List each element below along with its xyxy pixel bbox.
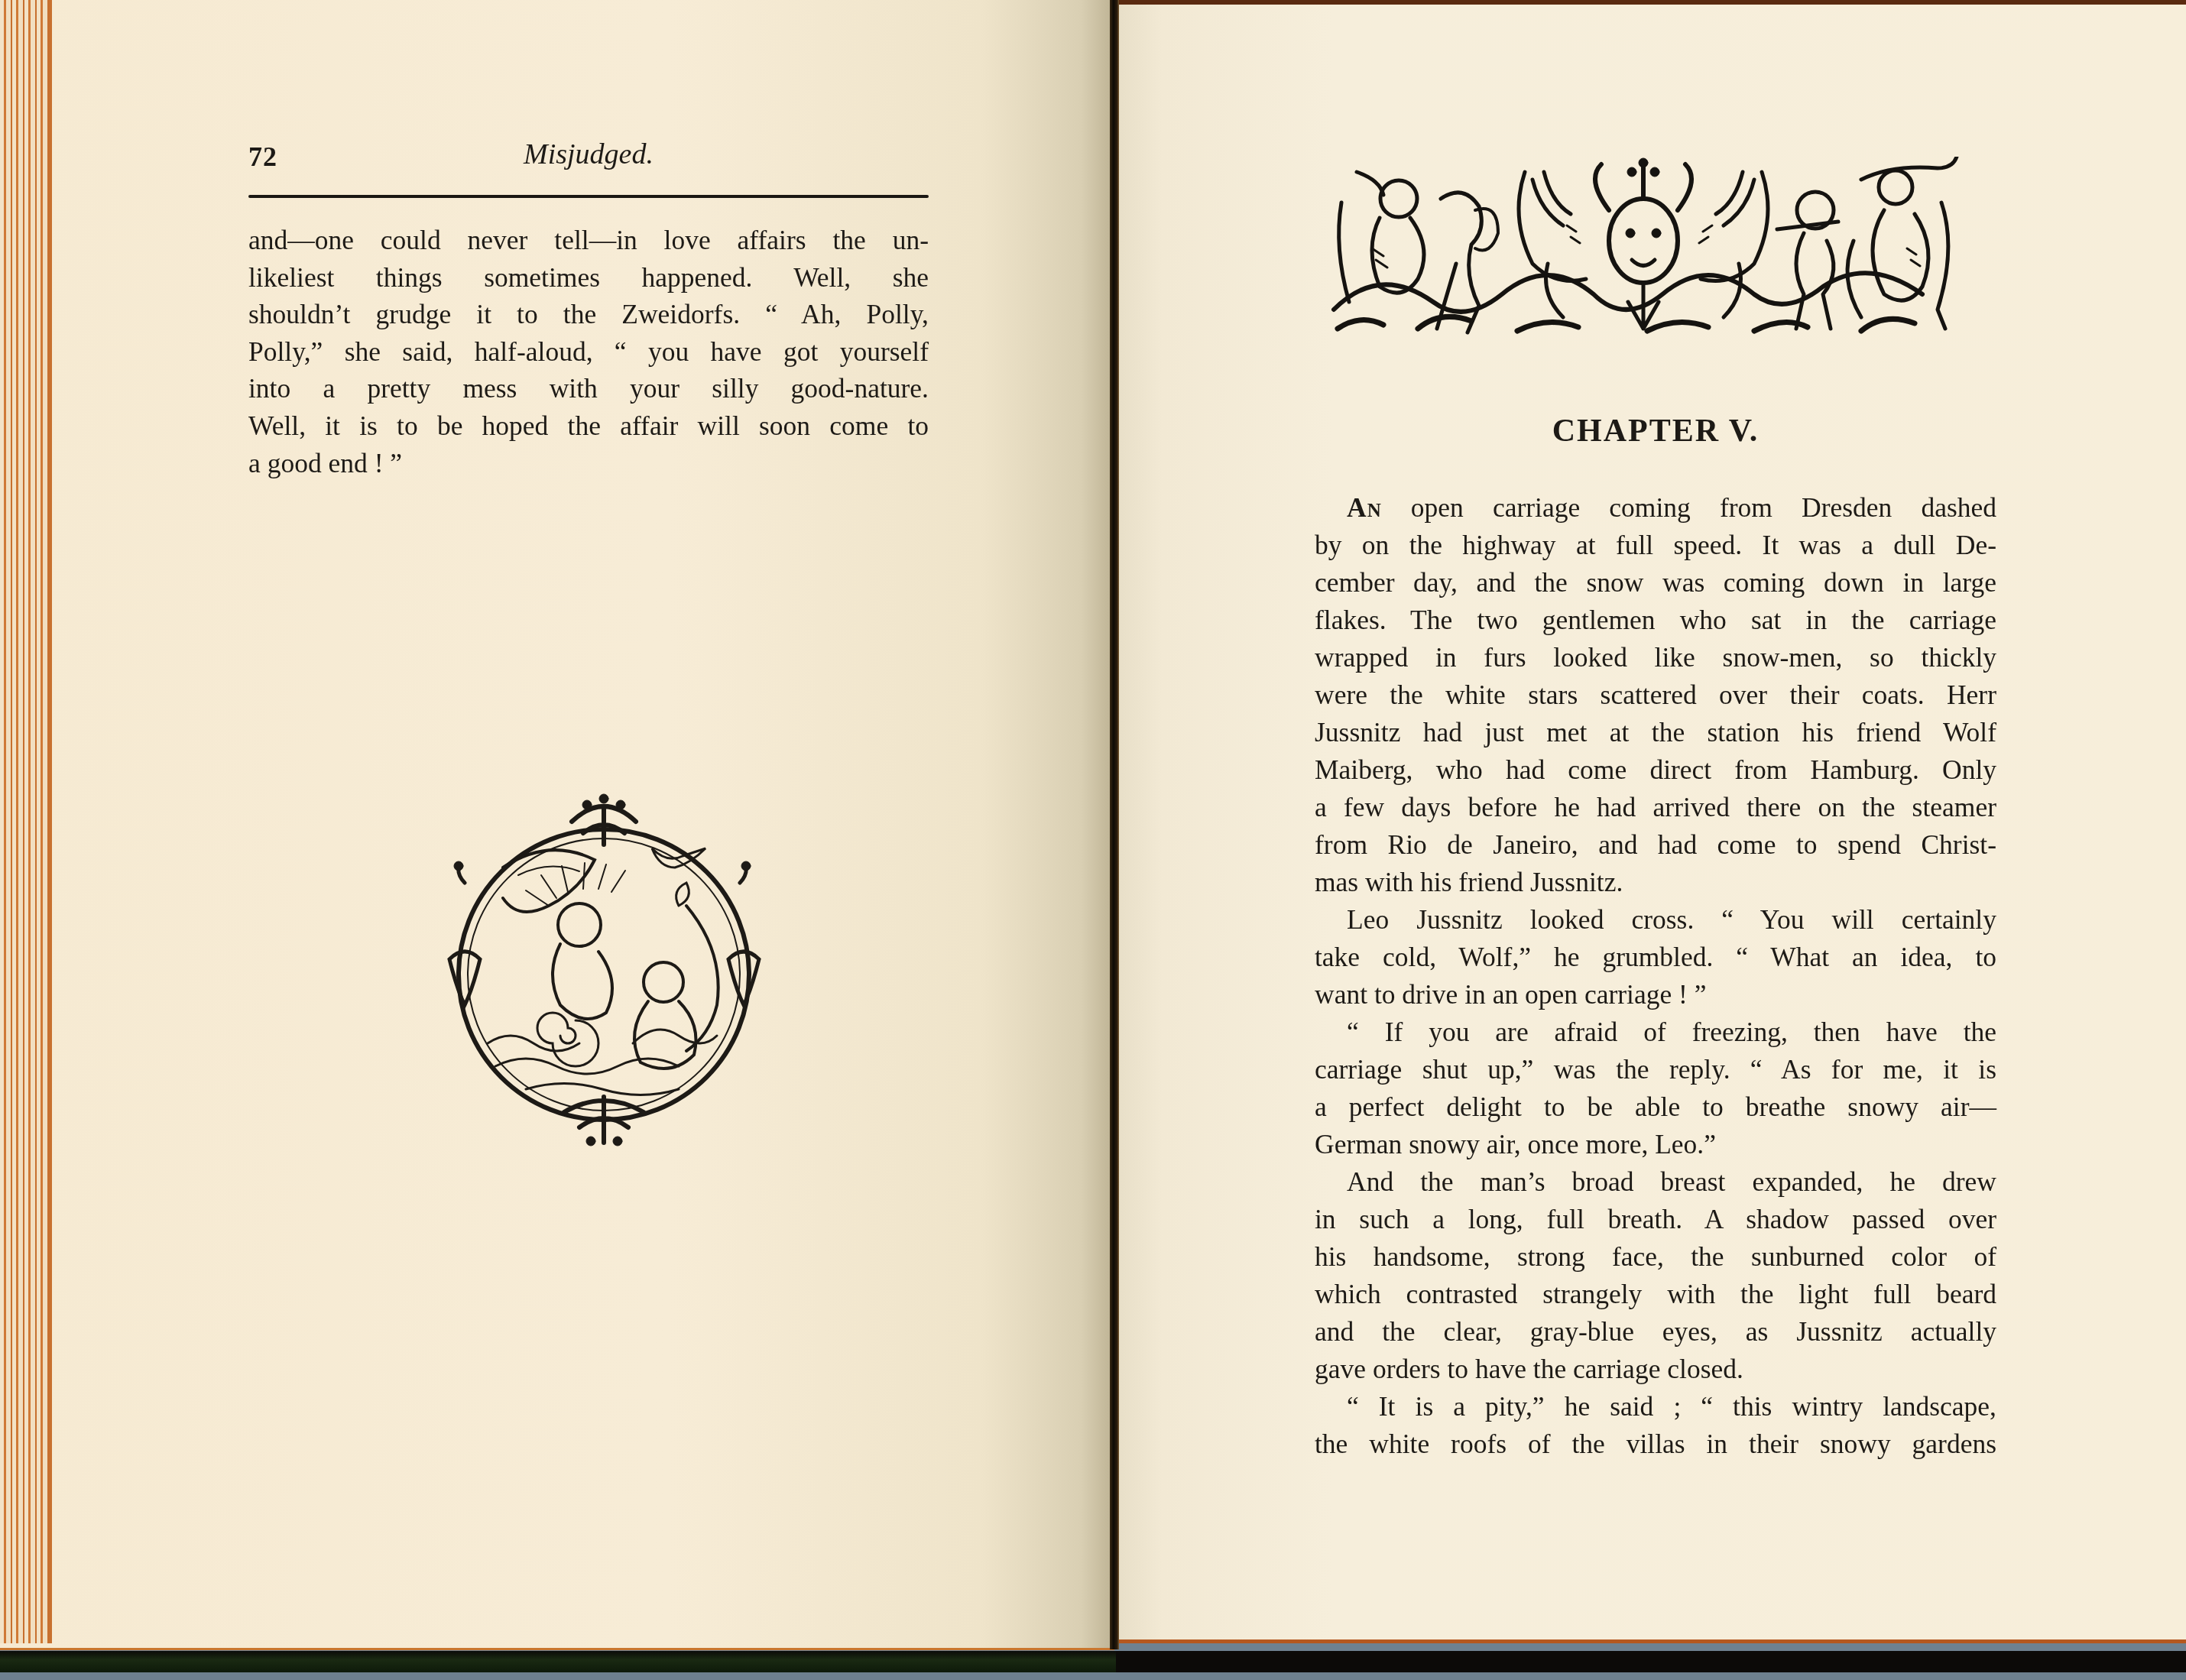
left-page: 72 Misjudged. and—one could never tell—i…	[0, 0, 1114, 1650]
text-line: flakes. The two gentlemen who sat in the…	[1315, 602, 1996, 639]
text-line: in such a long, full breath. A shadow pa…	[1315, 1201, 1996, 1238]
text-line: from Rio de Janeiro, and had come to spe…	[1315, 826, 1996, 864]
text-line: cember day, and the snow was coming down…	[1315, 564, 1996, 602]
background-surface	[0, 1672, 2186, 1680]
text-line: Leo Jussnitz looked cross. “ You will ce…	[1315, 901, 1996, 939]
text-line: and the clear, gray-blue eyes, as Jussni…	[1315, 1313, 1996, 1351]
text-line-first: An open carriage coming from Dresden das…	[1315, 489, 1996, 527]
running-title: Misjudged.	[248, 138, 929, 171]
text-line: a good end ! ”	[248, 445, 929, 482]
book-gutter	[1110, 0, 1119, 1649]
text-line: mas with his friend Jussnitz.	[1315, 864, 1996, 901]
text-line: carriage shut up,” was the reply. “ As f…	[1315, 1051, 1996, 1088]
text-line: which contrasted strangely with the ligh…	[1315, 1276, 1996, 1313]
text-line: Polly,” she said, half-aloud, “ you have…	[248, 333, 929, 371]
text-line: And the man’s broad breast expanded, he …	[1315, 1163, 1996, 1201]
text-line: Well, it is to be hoped the affair will …	[248, 407, 929, 445]
text-line: gave orders to have the carriage closed.	[1315, 1351, 1996, 1388]
text-line: wrapped in furs looked like snow-men, so…	[1315, 639, 1996, 676]
page-edges-stack	[0, 0, 52, 1643]
text-line: Maiberg, who had come direct from Hambur…	[1315, 751, 1996, 789]
text-line: the white roofs of the villas in their s…	[1315, 1425, 1996, 1463]
text-line: take cold, Wolf,” he grumbled. “ What an…	[1315, 939, 1996, 976]
open-book-spread: 72 Misjudged. and—one could never tell—i…	[0, 0, 2186, 1680]
right-page-text: An open carriage coming from Dresden das…	[1315, 489, 1996, 1463]
text-line: “ It is a pity,” he said ; “ this wintry…	[1315, 1388, 1996, 1425]
text-line: a perfect delight to be able to breathe …	[1315, 1088, 1996, 1126]
text-line: by on the highway at full speed. It was …	[1315, 527, 1996, 564]
text-line: a few days before he had arrived there o…	[1315, 789, 1996, 826]
chapter-initial: An	[1347, 492, 1382, 523]
text-line: into a pretty mess with your silly good-…	[248, 370, 929, 407]
text-line: want to drive in an open carriage ! ”	[1315, 976, 1996, 1014]
header-rule	[248, 195, 929, 198]
book-cover-edge	[1116, 1651, 2186, 1672]
text-line: “ If you are afraid of freezing, then ha…	[1315, 1014, 1996, 1051]
running-head: 72 Misjudged.	[248, 138, 929, 176]
text-line: likeliest things sometimes happened. Wel…	[248, 259, 929, 297]
text-line: were the white stars scattered over thei…	[1315, 676, 1996, 714]
text-line: his handsome, strong face, the sunburned…	[1315, 1238, 1996, 1276]
text-line: shouldn’t grudge it to the Zweidorfs. “ …	[248, 296, 929, 333]
headpiece-ornament-icon	[1326, 157, 1961, 336]
left-page-text: and—one could never tell—in love affairs…	[248, 222, 929, 482]
text-line: German snowy air, once more, Leo.”	[1315, 1126, 1996, 1163]
text-line: Jussnitz had just met at the station his…	[1315, 714, 1996, 751]
vignette-ornament-icon	[434, 791, 774, 1150]
chapter-heading: CHAPTER V.	[1315, 413, 1996, 449]
text-line-rest: open carriage coming from Dresden dashed	[1382, 492, 1996, 523]
text-line: and—one could never tell—in love affairs…	[248, 222, 929, 259]
